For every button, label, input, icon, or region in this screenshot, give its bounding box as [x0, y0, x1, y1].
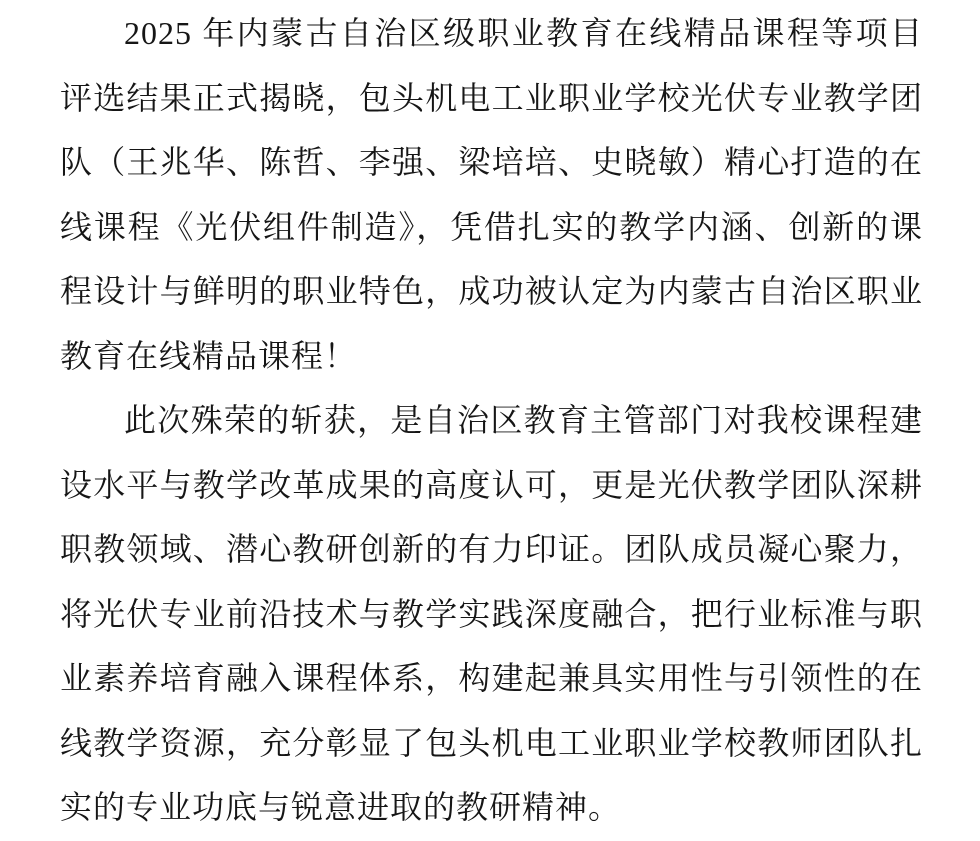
paragraph-award-announcement: 2025 年内蒙古自治区级职业教育在线精品课程等项目 评选结果正式揭晓，包头机电… [60, 1, 923, 388]
article-line: 线课程《光伏组件制造》，凭借扎实的教学内涵、创新的课 [60, 195, 923, 260]
document-page: 2025 年内蒙古自治区级职业教育在线精品课程等项目 评选结果正式揭晓，包头机电… [0, 0, 980, 841]
article-line: 实的专业功底与锐意进取的教研精神。 [60, 775, 923, 840]
article-line: 程设计与鲜明的职业特色，成功被认定为内蒙古自治区职业 [60, 259, 923, 324]
article-line: 业素养培育融入课程体系，构建起兼具实用性与引领性的在 [60, 646, 923, 711]
article-body: 2025 年内蒙古自治区级职业教育在线精品课程等项目 评选结果正式揭晓，包头机电… [60, 1, 923, 840]
article-line: 此次殊荣的斩获，是自治区教育主管部门对我校课程建 [60, 388, 923, 453]
article-line: 评选结果正式揭晓，包头机电工业职业学校光伏专业教学团 [60, 66, 923, 131]
article-line: 职教领域、潜心教研创新的有力印证。团队成员凝心聚力， [60, 517, 923, 582]
article-line: 教育在线精品课程！ [60, 324, 923, 389]
article-line: 2025 年内蒙古自治区级职业教育在线精品课程等项目 [60, 1, 923, 66]
paragraph-significance: 此次殊荣的斩获，是自治区教育主管部门对我校课程建 设水平与教学改革成果的高度认可… [60, 388, 923, 840]
article-line: 设水平与教学改革成果的高度认可，更是光伏教学团队深耕 [60, 453, 923, 518]
article-line: 线教学资源，充分彰显了包头机电工业职业学校教师团队扎 [60, 711, 923, 776]
article-line: 将光伏专业前沿技术与教学实践深度融合，把行业标准与职 [60, 582, 923, 647]
article-line: 队（王兆华、陈哲、李强、梁培培、史晓敏）精心打造的在 [60, 130, 923, 195]
